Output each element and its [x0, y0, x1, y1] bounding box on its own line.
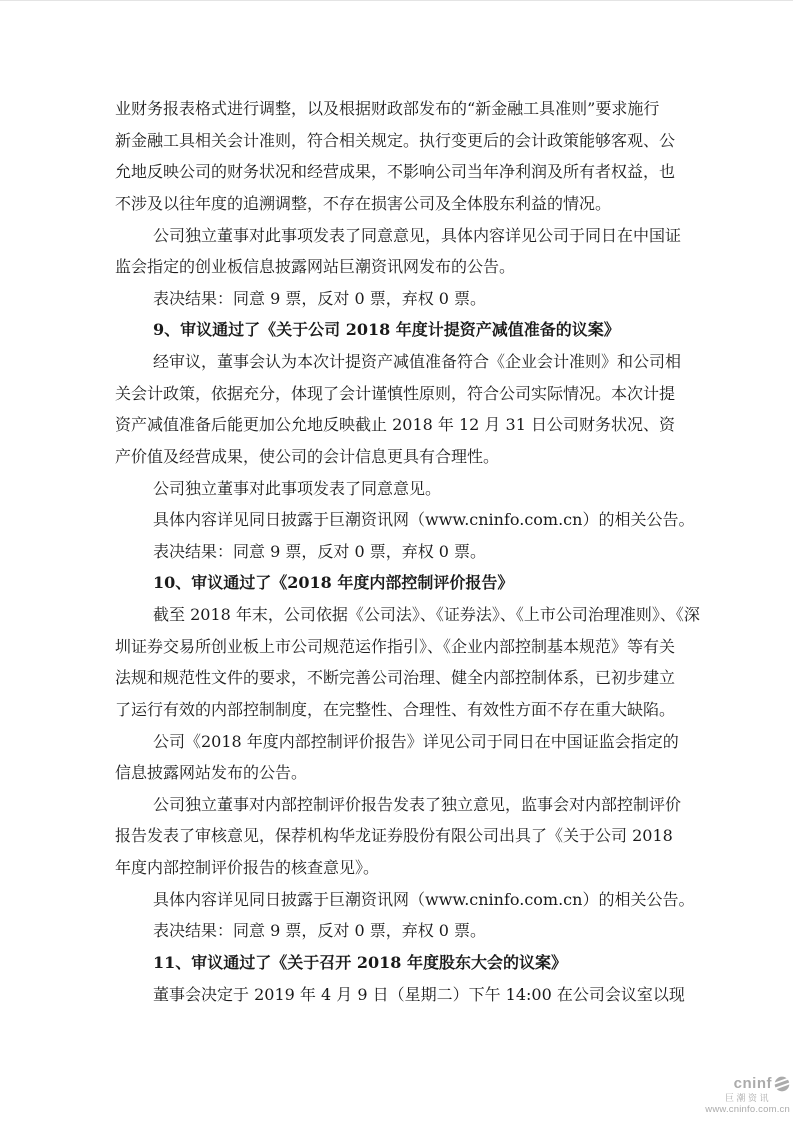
section-heading: 10、审议通过了《2018 年度内部控制评价报告》 [115, 567, 681, 599]
text-line: 年度内部控制评价报告的核查意见》。 [115, 852, 681, 884]
section-heading: 9、审议通过了《关于公司 2018 年度计提资产减值准备的议案》 [115, 314, 681, 346]
cninfo-watermark: cninf 巨潮资讯 www.cninfo.com.cn [705, 1076, 790, 1115]
text-line: 不涉及以往年度的追溯调整，不存在损害公司及全体股东利益的情况。 [115, 188, 681, 220]
text-line: 法规和规范性文件的要求，不断完善公司治理、健全内部控制体系，已初步建立 [115, 662, 681, 694]
text-line: 公司独立董事对此事项发表了同意意见，具体内容详见公司于同日在中国证 [115, 220, 681, 252]
cninfo-logo-text: cninf [734, 1076, 772, 1093]
text-line: 具体内容详见同日披露于巨潮资讯网（www.cninfo.com.cn）的相关公告… [115, 884, 681, 916]
text-line: 经审议，董事会认为本次计提资产减值准备符合《企业会计准则》和公司相 [115, 346, 681, 378]
document-body: 业财务报表格式进行调整，以及根据财政部发布的“新金融工具准则”要求施行新金融工具… [115, 93, 681, 1010]
text-line: 公司独立董事对内部控制评价报告发表了独立意见，监事会对内部控制评价 [115, 789, 681, 821]
text-line: 公司独立董事对此事项发表了同意意见。 [115, 473, 681, 505]
text-line: 表决结果：同意 9 票，反对 0 票，弃权 0 票。 [115, 536, 681, 568]
cninfo-globe-icon [774, 1076, 790, 1092]
text-line: 圳证券交易所创业板上市公司规范运作指引》、《企业内部控制基本规范》等有关 [115, 631, 681, 663]
text-line: 产价值及经营成果，使公司的会计信息更具有合理性。 [115, 441, 681, 473]
text-line: 表决结果：同意 9 票，反对 0 票，弃权 0 票。 [115, 283, 681, 315]
text-line: 信息披露网站发布的公告。 [115, 757, 681, 789]
text-line: 董事会决定于 2019 年 4 月 9 日（星期二）下午 14:00 在公司会议… [115, 979, 681, 1011]
text-line: 关会计政策，依据充分，体现了会计谨慎性原则，符合公司实际情况。本次计提 [115, 378, 681, 410]
document-page: 业财务报表格式进行调整，以及根据财政部发布的“新金融工具准则”要求施行新金融工具… [0, 0, 793, 1123]
cninfo-logo-row: cninf [705, 1076, 790, 1093]
cninfo-url: www.cninfo.com.cn [705, 1105, 790, 1115]
text-line: 允地反映公司的财务状况和经营成果，不影响公司当年净利润及所有者权益，也 [115, 156, 681, 188]
text-line: 资产减值准备后能更加公允地反映截止 2018 年 12 月 31 日公司财务状况… [115, 409, 681, 441]
text-line: 具体内容详见同日披露于巨潮资讯网（www.cninfo.com.cn）的相关公告… [115, 504, 681, 536]
text-line: 业财务报表格式进行调整，以及根据财政部发布的“新金融工具准则”要求施行 [115, 93, 681, 125]
section-heading: 11、审议通过了《关于召开 2018 年度股东大会的议案》 [115, 947, 681, 979]
text-line: 公司《2018 年度内部控制评价报告》详见公司于同日在中国证监会指定的 [115, 726, 681, 758]
text-line: 监会指定的创业板信息披露网站巨潮资讯网发布的公告。 [115, 251, 681, 283]
text-line: 截至 2018 年末，公司依据《公司法》、《证券法》、《上市公司治理准则》、《深 [115, 599, 681, 631]
text-line: 了运行有效的内部控制制度，在完整性、合理性、有效性方面不存在重大缺陷。 [115, 694, 681, 726]
text-line: 表决结果：同意 9 票，反对 0 票，弃权 0 票。 [115, 915, 681, 947]
cninfo-chinese-name: 巨潮资讯 [705, 1094, 771, 1104]
text-line: 报告发表了审核意见，保荐机构华龙证券股份有限公司出具了《关于公司 2018 [115, 820, 681, 852]
text-line: 新金融工具相关会计准则，符合相关规定。执行变更后的会计政策能够客观、公 [115, 125, 681, 157]
